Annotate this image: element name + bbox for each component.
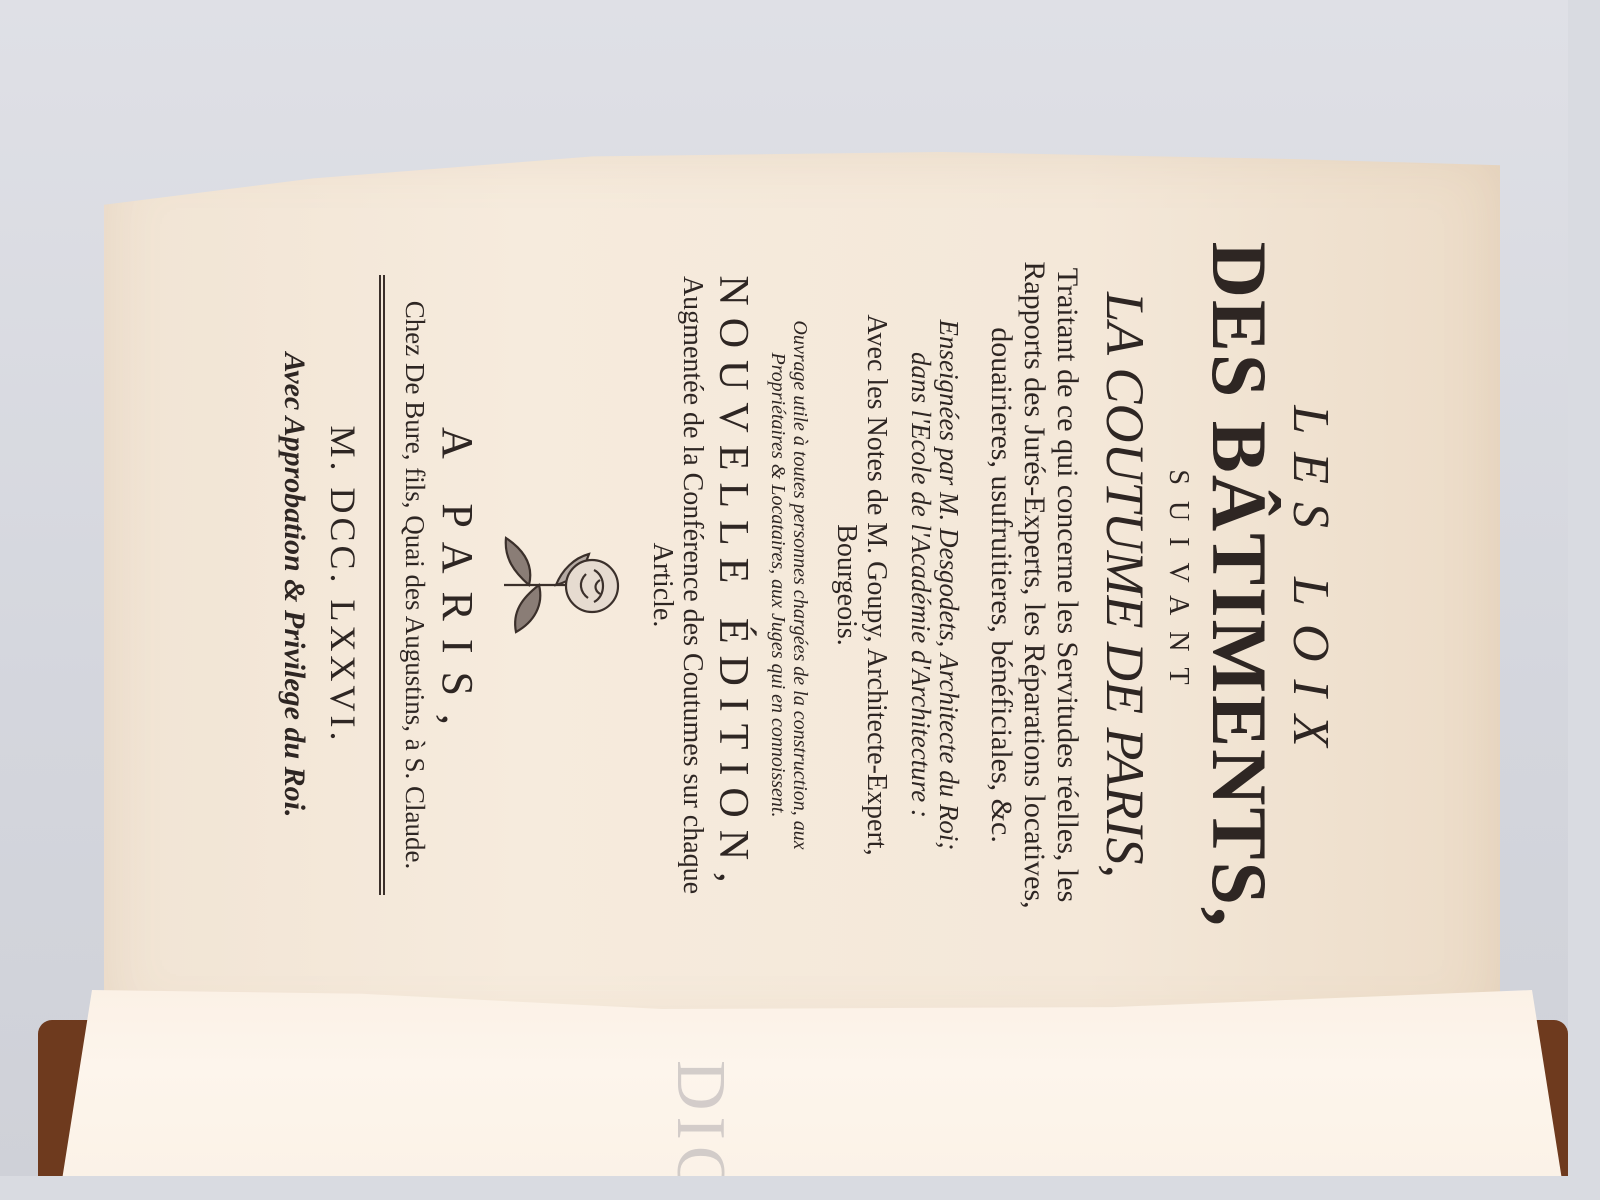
edition: NOUVELLE ÉDITION,	[707, 215, 759, 955]
useful-1: Ouvrage utile à toutes personnes chargée…	[789, 215, 811, 955]
facing-page	[62, 990, 1562, 1176]
privilege: Avec Approbation & Privilege du Roi.	[275, 215, 313, 955]
useful-2: Propriétaires & Locataires, aux Juges qu…	[767, 215, 789, 955]
notes-1: Avec les Notes de M. Goupy, Architecte-E…	[861, 215, 891, 955]
show-through-text: DIC	[660, 1060, 740, 1176]
augmented-2: Article.	[647, 215, 677, 955]
taught-by-2: dans l'Ecole de l'Académie d'Architectur…	[907, 215, 935, 955]
title-line-3: SUIVANT	[1158, 215, 1198, 955]
place: A PARIS,	[431, 215, 483, 955]
taught-by-1: Enseignées par M. Desgodets, Architecte …	[935, 215, 963, 955]
date: M. DCC. LXXVI.	[321, 215, 365, 955]
description: Traitant de ce qui concerne les Servitud…	[985, 215, 1084, 955]
ornamental-rule	[377, 275, 387, 895]
notes-2: Bourgeois.	[831, 215, 861, 955]
title-line-4: LA COUTUME DE PARIS,	[1092, 215, 1158, 955]
imprint: Chez De Bure, fils, Quai des Augustins, …	[399, 215, 431, 955]
fleuron-rose-icon	[489, 215, 639, 955]
title-line-1: LES LOIX	[1280, 215, 1340, 955]
title-line-2: DES BÂTIMENTS,	[1198, 215, 1280, 955]
title-page-text: LES LOIX DES BÂTIMENTS, SUIVANT LA COUTU…	[140, 215, 1340, 955]
augmented-1: Augmentée de la Conférence des Coutumes …	[677, 215, 707, 955]
